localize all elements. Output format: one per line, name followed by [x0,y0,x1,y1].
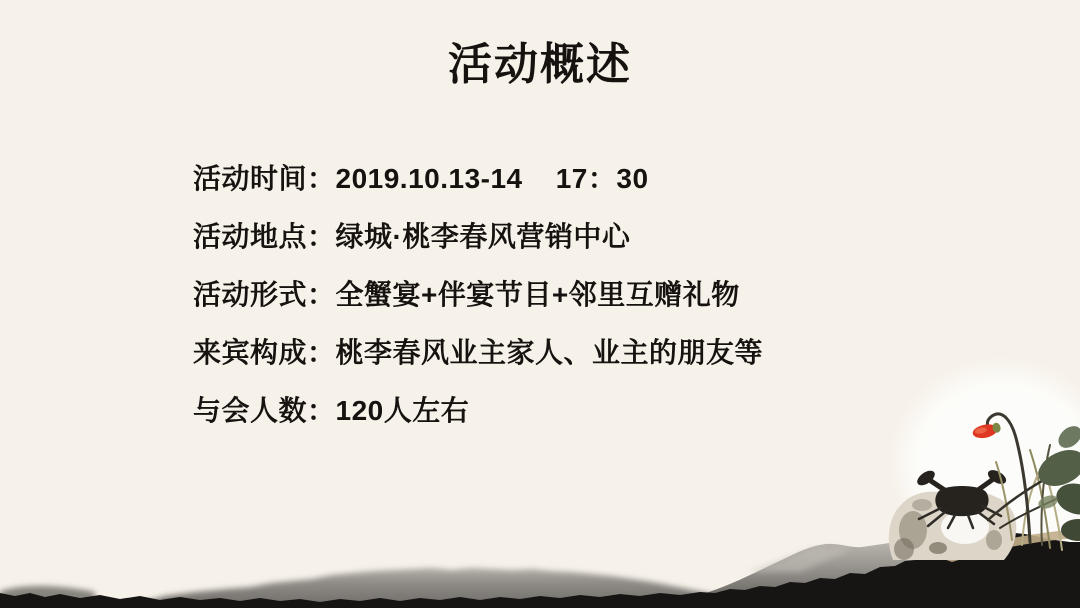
info-line-time: 活动时间：2019.10.13-14 17：30 [193,165,763,193]
info-line-guests: 来宾构成：桃李春风业主家人、业主的朋友等 [193,339,763,367]
info-line-format: 活动形式：全蟹宴+伴宴节目+邻里互赠礼物 [193,281,763,309]
info-line-count: 与会人数：120人左右 [193,397,763,425]
info-block: 活动时间：2019.10.13-14 17：30 活动地点：绿城·桃李春风营销中… [193,165,763,455]
slide: 活动概述 活动时间：2019.10.13-14 17：30 活动地点：绿城·桃李… [0,0,1080,608]
info-line-place: 活动地点：绿城·桃李春风营销中心 [193,223,763,251]
